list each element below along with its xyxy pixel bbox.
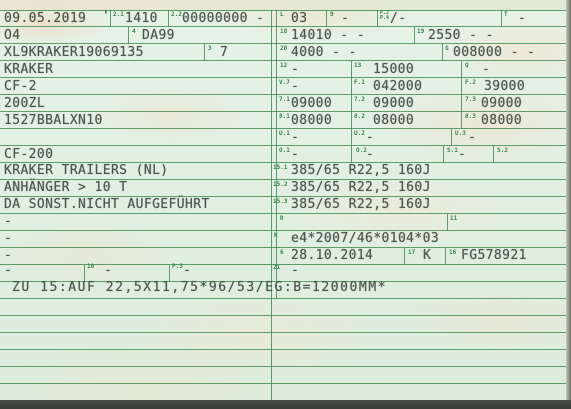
field-code-f1: F.1 — [354, 80, 365, 86]
trailer-load-braked: - — [291, 148, 299, 162]
cell-line — [128, 27, 129, 44]
field-code-4: 4 — [132, 29, 136, 35]
field-code-15-1: 15.1 — [273, 165, 287, 171]
cell-line — [461, 112, 462, 129]
field-code-u2: U.2 — [354, 131, 365, 137]
axle-load-tech-2: 09000 — [373, 97, 414, 111]
empty-field-dash: - — [4, 249, 12, 263]
axle-load-tech-3: 09000 — [481, 97, 522, 111]
field-code-s2: S.2 — [497, 148, 508, 154]
seats: - — [458, 148, 466, 162]
field-code-16: 16 — [449, 250, 456, 256]
field-code-u1: U.1 — [279, 131, 290, 137]
cell-line — [461, 78, 462, 95]
bottom-scan-band — [0, 400, 571, 409]
field-code-15-2: 15.2 — [273, 182, 287, 188]
co2-value: - — [291, 80, 299, 94]
field-code-18: 18 — [280, 29, 287, 35]
gross-mass-state: 39000 — [484, 80, 525, 94]
empty-field-dash: - — [4, 232, 12, 246]
cell-line — [351, 112, 352, 129]
field-code-9: 9 — [330, 12, 334, 18]
cell-line — [377, 10, 378, 27]
cell-line — [493, 146, 494, 163]
power-rating: /- — [390, 12, 406, 26]
axle-load-state-1: 08000 — [291, 114, 332, 128]
cell-line — [461, 95, 462, 112]
trailer-load-unbraked: - — [366, 148, 374, 162]
field-code-10: 10 — [87, 264, 94, 270]
field-code-8-1: 8.1 — [279, 114, 290, 120]
right-paper-edge — [566, 0, 571, 409]
cell-line — [447, 214, 448, 231]
field-code-2-2: 2.2 — [171, 12, 182, 18]
vehicle-type: CF-2 — [4, 80, 37, 94]
tick-mark: ' — [102, 10, 110, 24]
column-divider-inner — [276, 10, 277, 299]
axle-load-tech-1: 09000 — [291, 97, 332, 111]
width: 2550 - - — [428, 29, 494, 43]
height: 4000 - - — [291, 46, 357, 60]
cell-line — [168, 10, 169, 27]
type-variant-version-code: 00000000 - — [182, 12, 264, 26]
version: 1527BBALXN10 — [4, 114, 103, 128]
fuel-type: - — [183, 264, 191, 278]
cell-line — [351, 95, 352, 112]
body-type-code: DA99 — [142, 29, 175, 43]
cell-line — [442, 44, 443, 61]
powered-axles: - — [341, 12, 349, 26]
cell-line — [351, 146, 352, 163]
field-code-7-1: 7.1 — [279, 97, 290, 103]
cell-line — [445, 248, 446, 265]
support-load: 15000 — [373, 63, 414, 77]
field-code-p2-p4: P.2 P.4 — [380, 11, 389, 21]
cell-line — [404, 248, 405, 265]
field-code-u3: U.3 — [455, 131, 466, 137]
cell-line — [351, 61, 352, 78]
manufacturer-name: KRAKER TRAILERS (NL) — [4, 164, 169, 178]
field-code-17: 17 — [408, 250, 415, 256]
axle-count: 03 — [291, 12, 307, 26]
field-code-q: Q — [465, 63, 469, 69]
variant: 200ZL — [4, 97, 45, 111]
vehicle-registration-document: 09.05.2019 ' 2.1 1410 2.2 00000000 - O4 … — [0, 0, 571, 409]
noise-driveby: - — [468, 131, 476, 145]
field-code-g: G — [445, 46, 449, 52]
field-code-8-2: 8.2 — [354, 114, 365, 120]
empty-field-dash: - — [4, 215, 12, 229]
field-code-p3: P.3 — [172, 264, 183, 270]
field-code-r: R — [280, 216, 284, 222]
field-code-3: 3 — [208, 46, 212, 52]
field-code-11: 11 — [450, 216, 457, 222]
tank-capacity: - — [291, 63, 299, 77]
field-code-k: K — [274, 233, 278, 239]
cell-line — [451, 129, 452, 146]
vehicle-description: ANHÄNGER > 10 T — [4, 181, 127, 195]
cell-line — [501, 10, 502, 27]
cell-line — [443, 146, 444, 163]
field-code-8-3: 8.3 — [465, 114, 476, 120]
axle-load-state-2: 08000 — [373, 114, 414, 128]
field-code-7-3: 7.3 — [465, 97, 476, 103]
field-code-21: 21 — [273, 265, 280, 271]
max-speed: - — [518, 12, 526, 26]
field-21-value: - — [291, 264, 299, 278]
field-code-12: 12 — [280, 63, 287, 69]
type-approval-number: e4*2007/46*0104*03 — [291, 232, 439, 246]
column-divider — [271, 10, 272, 401]
cell-line — [351, 129, 352, 146]
cell-line — [461, 61, 462, 78]
field-code-19: 19 — [417, 29, 424, 35]
field-code-15-3: 15.3 — [273, 199, 287, 205]
tyres-axle-3: 385/65 R22,5 160J — [291, 198, 431, 212]
type-approval-date: 28.10.2014 — [291, 249, 373, 263]
tyres-axle-1: 385/65 R22,5 160J — [291, 164, 431, 178]
cell-line — [326, 10, 327, 27]
body-remark: DA SONST.NICHT AUFGEFÜHRT — [4, 198, 210, 212]
field-code-20: 20 — [280, 46, 287, 52]
manufacturer-code: 1410 — [125, 12, 158, 26]
noise-stationary: - — [291, 131, 299, 145]
axle-load-state-3: 08000 — [481, 114, 522, 128]
field-code-s1: S.1 — [447, 148, 458, 154]
field-code-13: 13 — [354, 63, 361, 69]
length: 14010 - - — [291, 29, 365, 43]
field-code-v7: V.7 — [279, 80, 290, 86]
vin-check-digit: 7 — [220, 46, 228, 60]
empty-field-dash: - — [4, 264, 12, 278]
tyres-axle-2: 385/65 R22,5 160J — [291, 181, 431, 195]
fuel-code: - — [104, 264, 112, 278]
noise-rpm: - — [366, 131, 374, 145]
field-code-t: T — [504, 12, 508, 18]
make: KRAKER — [4, 63, 53, 77]
field-code-7-2: 7.2 — [354, 97, 365, 103]
field-code-o1: O.1 — [279, 148, 290, 154]
rim-remark-line: ZU 15:AUF 22,5X11,75*96/53/EG:B=12000MM* — [12, 281, 387, 295]
field-code-2-1: 2.1 — [113, 12, 124, 18]
unladen-mass: 008000 - - — [453, 46, 535, 60]
field-code-f2: F.2 — [465, 80, 476, 86]
vehicle-class: O4 — [4, 29, 20, 43]
power-to-weight: - — [482, 63, 490, 77]
approval-flag: K — [423, 249, 431, 263]
field-code-l: L — [280, 12, 284, 18]
registration-date: 09.05.2019 — [4, 12, 86, 26]
gross-mass-tech: 042000 — [373, 80, 422, 94]
cell-line — [351, 78, 352, 95]
trade-name: CF-200 — [4, 148, 53, 162]
approval-ref: FG578921 — [461, 249, 527, 263]
top-paper-edge — [0, 0, 571, 10]
cell-line — [414, 27, 415, 44]
cell-line — [204, 44, 205, 61]
field-code-6: 6 — [280, 250, 284, 256]
vin: XL9KRAKER19069135 — [4, 46, 144, 60]
